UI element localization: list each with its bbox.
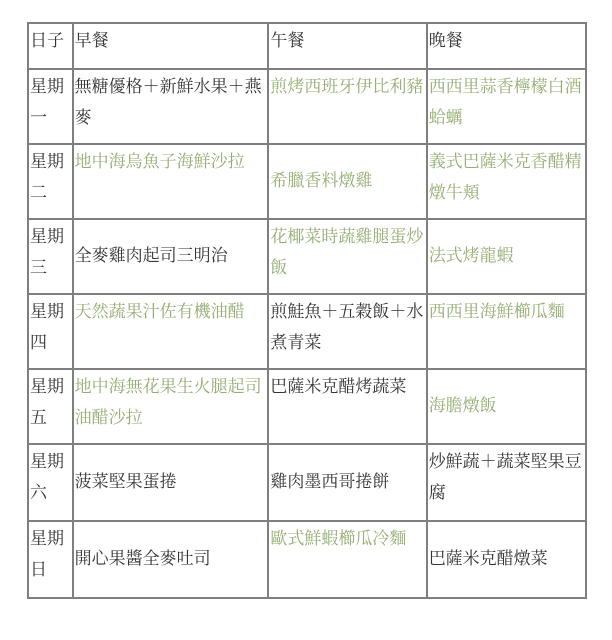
lunch-cell: 希臘香料燉雞 [268, 144, 426, 219]
dinner-cell: 義式巴薩米克香醋精燉牛頬 [427, 144, 586, 219]
day-cell: 星期五 [28, 369, 73, 444]
table-row-saturday: 星期六 菠菜堅果蛋捲 雞肉墨西哥捲餅 炒鮮蔬＋蔬菜堅果豆腐 [28, 444, 586, 521]
day-cell: 星期日 [28, 521, 73, 598]
dinner-cell: 海膽燉飯 [427, 369, 586, 444]
day-cell: 星期六 [28, 444, 73, 521]
header-breakfast: 早餐 [73, 23, 269, 69]
day-cell: 星期一 [28, 69, 73, 144]
header-dinner: 晚餐 [427, 23, 586, 69]
table-row-wednesday: 星期三 全麥雞肉起司三明治 花椰菜時蔬雞腿蛋炒飯 法式烤龍蝦 [28, 219, 586, 294]
table-row-monday: 星期一 無糖優格＋新鮮水果＋燕麥 煎烤西班牙伊比利豬 西西里蒜香檸檬白酒蛤蠣 [28, 69, 586, 144]
lunch-cell: 巴薩米克醋烤蔬菜 [268, 369, 426, 444]
header-lunch: 午餐 [268, 23, 426, 69]
table-row-tuesday: 星期二 地中海烏魚子海鮮沙拉 希臘香料燉雞 義式巴薩米克香醋精燉牛頬 [28, 144, 586, 219]
dinner-cell: 西西里海鮮櫛瓜麵 [427, 294, 586, 369]
lunch-cell: 煎烤西班牙伊比利豬 [268, 69, 426, 144]
day-cell: 星期三 [28, 219, 73, 294]
lunch-cell: 花椰菜時蔬雞腿蛋炒飯 [268, 219, 426, 294]
header-day: 日子 [28, 23, 73, 69]
dinner-cell: 法式烤龍蝦 [427, 219, 586, 294]
table-row-thursday: 星期四 天然蔬果汁佐有機油醋 煎鮭魚＋五穀飯＋水煮青菜 西西里海鮮櫛瓜麵 [28, 294, 586, 369]
table-header-row: 日子 早餐 午餐 晚餐 [28, 23, 586, 69]
table-row-friday: 星期五 地中海無花果生火腿起司油醋沙拉 巴薩米克醋烤蔬菜 海膽燉飯 [28, 369, 586, 444]
breakfast-cell: 天然蔬果汁佐有機油醋 [73, 294, 269, 369]
dinner-cell: 巴薩米克醋燉菜 [427, 521, 586, 598]
breakfast-cell: 地中海烏魚子海鮮沙拉 [73, 144, 269, 219]
day-cell: 星期四 [28, 294, 73, 369]
lunch-cell: 雞肉墨西哥捲餅 [268, 444, 426, 521]
breakfast-cell: 無糖優格＋新鮮水果＋燕麥 [73, 69, 269, 144]
breakfast-cell: 全麥雞肉起司三明治 [73, 219, 269, 294]
breakfast-cell: 地中海無花果生火腿起司油醋沙拉 [73, 369, 269, 444]
dinner-cell: 西西里蒜香檸檬白酒蛤蠣 [427, 69, 586, 144]
day-cell: 星期二 [28, 144, 73, 219]
breakfast-cell: 菠菜堅果蛋捲 [73, 444, 269, 521]
table-row-sunday: 星期日 開心果醬全麥吐司 歐式鮮蝦櫛瓜冷麵 巴薩米克醋燉菜 [28, 521, 586, 598]
weekly-meal-table: 日子 早餐 午餐 晚餐 星期一 無糖優格＋新鮮水果＋燕麥 煎烤西班牙伊比利豬 西… [27, 22, 587, 599]
lunch-cell: 歐式鮮蝦櫛瓜冷麵 [268, 521, 426, 598]
dinner-cell: 炒鮮蔬＋蔬菜堅果豆腐 [427, 444, 586, 521]
lunch-cell: 煎鮭魚＋五穀飯＋水煮青菜 [268, 294, 426, 369]
breakfast-cell: 開心果醬全麥吐司 [73, 521, 269, 598]
